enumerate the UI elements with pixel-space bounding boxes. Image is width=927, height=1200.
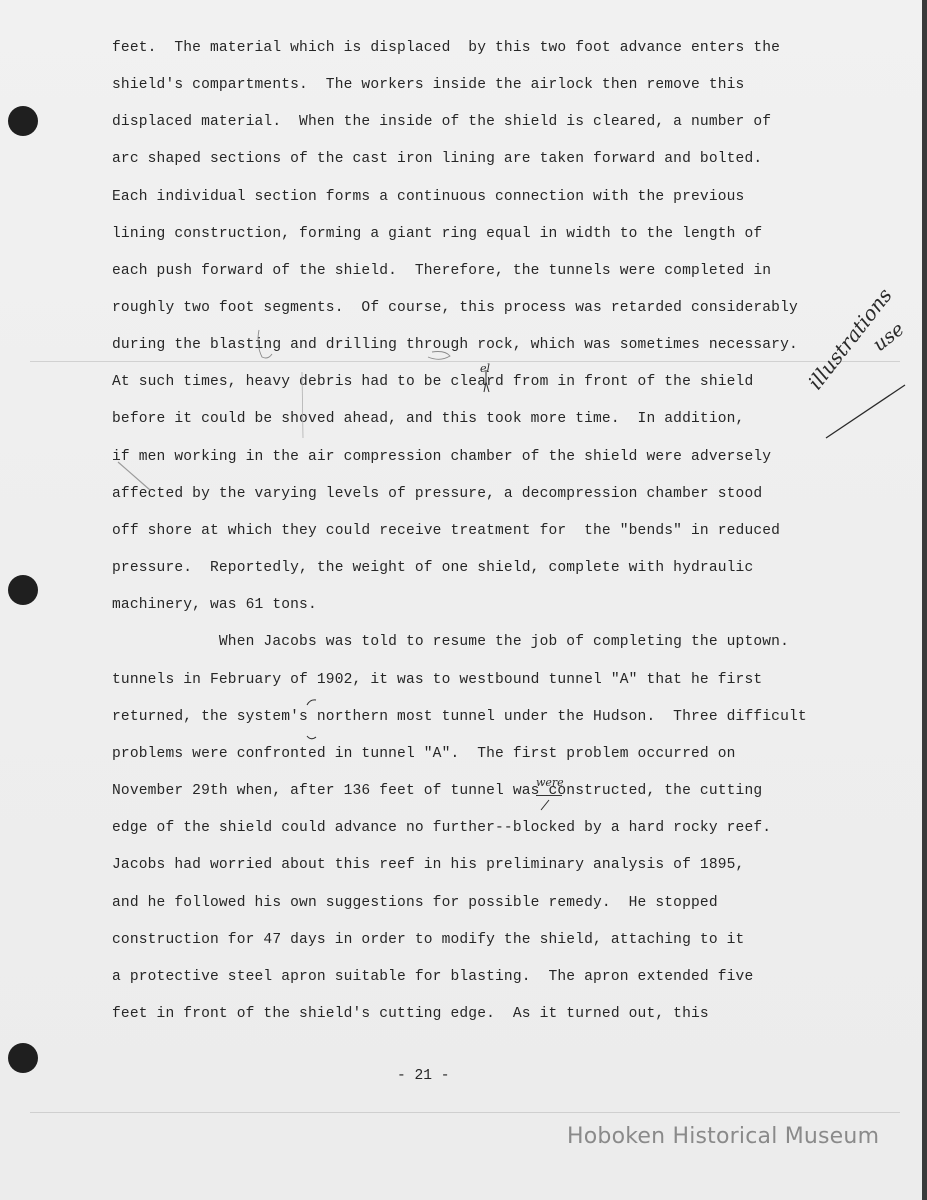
text-line: each push forward of the shield. Therefo… (112, 263, 771, 279)
text-line: if men working in the air compression ch… (112, 449, 771, 465)
text-line: arc shaped sections of the cast iron lin… (112, 151, 762, 167)
text-line: November 29th when, after 136 feet of tu… (112, 783, 762, 799)
watermark: Hoboken Historical Museum (567, 1124, 879, 1149)
scan-edge (922, 0, 927, 1200)
text-line: displaced material. When the inside of t… (112, 114, 771, 130)
fold-line (30, 1112, 900, 1113)
text-line: shield's compartments. The workers insid… (112, 77, 744, 93)
text-line: construction for 47 days in order to mod… (112, 932, 744, 948)
binder-hole (8, 1043, 38, 1073)
text-line: pressure. Reportedly, the weight of one … (112, 560, 753, 576)
text-line: feet. The material which is displaced by… (112, 40, 780, 56)
text-line: returned, the system's northern most tun… (112, 709, 807, 725)
text-line: problems were confronted in tunnel "A". … (112, 746, 736, 762)
strikethrough-was (536, 795, 562, 796)
text-line: When Jacobs was told to resume the job o… (112, 634, 789, 650)
text-line: lining construction, forming a giant rin… (112, 226, 762, 242)
text-line: a protective steel apron suitable for bl… (112, 969, 753, 985)
text-line: and he followed his own suggestions for … (112, 895, 718, 911)
text-line: affected by the varying levels of pressu… (112, 486, 762, 502)
text-line: feet in front of the shield's cutting ed… (112, 1006, 709, 1022)
page-number: - 21 - (397, 1068, 450, 1084)
text-line: machinery, was 61 tons. (112, 597, 317, 613)
text-line: At such times, heavy debris had to be cl… (112, 374, 753, 390)
text-line: Jacobs had worried about this reef in hi… (112, 857, 744, 873)
text-line: tunnels in February of 1902, it was to w… (112, 672, 762, 688)
scanned-page: feet. The material which is displaced by… (0, 0, 922, 1200)
text-line: Each individual section forms a continuo… (112, 189, 744, 205)
binder-hole (8, 575, 38, 605)
text-line: before it could be shoved ahead, and thi… (112, 411, 744, 427)
binder-hole (8, 106, 38, 136)
text-line: roughly two foot segments. Of course, th… (112, 300, 798, 316)
insertion-note-were: were (536, 776, 564, 789)
text-line: edge of the shield could advance no furt… (112, 820, 771, 836)
fold-line (30, 361, 900, 362)
text-line: during the blasting and drilling through… (112, 337, 798, 353)
insertion-note-el: el (480, 362, 490, 375)
text-line: off shore at which they could receive tr… (112, 523, 780, 539)
